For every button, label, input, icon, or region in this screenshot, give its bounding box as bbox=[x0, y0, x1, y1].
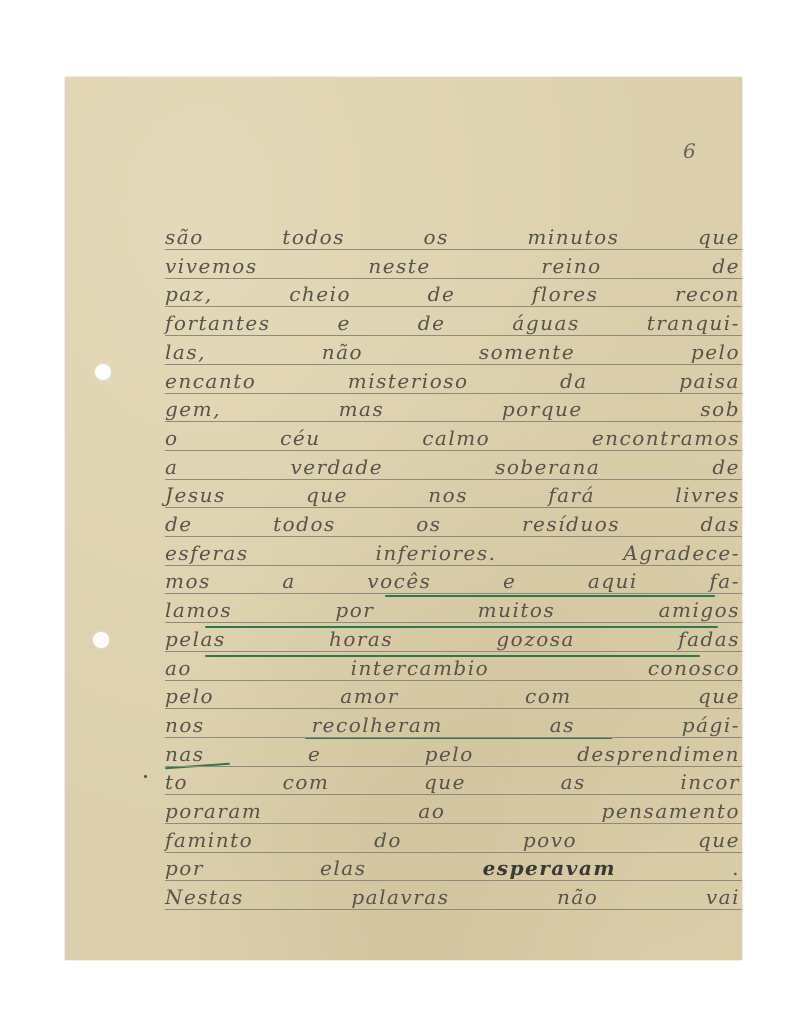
handwritten-word: neste bbox=[368, 254, 430, 279]
handwritten-word: por bbox=[165, 856, 204, 881]
handwritten-word: que bbox=[306, 483, 348, 508]
handwritten-word: todos bbox=[273, 512, 336, 537]
handwritten-word: pelo bbox=[425, 742, 474, 767]
handwritten-word: vivemos bbox=[165, 254, 258, 279]
ruled-line bbox=[165, 737, 742, 738]
green-underline-annotation bbox=[205, 626, 718, 628]
handwritten-word: por bbox=[335, 598, 374, 623]
handwritten-word: gozosa bbox=[496, 627, 575, 652]
ruled-line bbox=[165, 536, 742, 537]
handwritten-line: Nestaspalavrasnãovai bbox=[165, 882, 740, 910]
handwritten-word: gem, bbox=[165, 397, 221, 422]
handwritten-word: nos bbox=[428, 483, 468, 508]
handwritten-line: gem,masporquesob bbox=[165, 394, 740, 422]
handwritten-word: horas bbox=[329, 627, 393, 652]
handwritten-word: pelas bbox=[165, 627, 226, 652]
handwritten-word: encontramos bbox=[592, 426, 740, 451]
handwritten-word: poraram bbox=[165, 799, 262, 824]
handwritten-word: das bbox=[701, 512, 741, 537]
handwritten-word: mos bbox=[165, 569, 211, 594]
handwritten-word: que bbox=[698, 684, 740, 709]
ruled-line bbox=[165, 794, 742, 795]
handwritten-word: o bbox=[165, 426, 179, 451]
handwritten-word: conosco bbox=[648, 656, 740, 681]
handwritten-word: amigos bbox=[659, 598, 740, 623]
handwritten-word: com bbox=[283, 770, 330, 795]
ruled-line bbox=[165, 335, 742, 336]
handwritten-word: Agradece- bbox=[623, 541, 740, 566]
handwritten-word: pelo bbox=[165, 684, 214, 709]
handwritten-word: não bbox=[557, 885, 598, 910]
handwritten-word: inferiores. bbox=[375, 541, 496, 566]
handwritten-line: averdadesoberanade bbox=[165, 452, 740, 480]
handwritten-word: ao bbox=[165, 656, 192, 681]
handwritten-line: sãotodososminutosque bbox=[165, 222, 740, 250]
handwritten-word: flores bbox=[532, 282, 599, 307]
handwritten-line: fortantesedeáguastranqui- bbox=[165, 308, 740, 336]
handwritten-line: aointercambioconosco bbox=[165, 653, 740, 681]
handwritten-line: poraramaopensamento bbox=[165, 796, 740, 824]
handwritten-word: nas bbox=[165, 742, 205, 767]
handwritten-word: palavras bbox=[351, 885, 449, 910]
handwritten-word: de bbox=[712, 254, 740, 279]
ruled-line bbox=[165, 880, 742, 881]
handwritten-word: paz, bbox=[165, 282, 213, 307]
handwritten-word: pelo bbox=[691, 340, 740, 365]
handwritten-word: faminto bbox=[165, 828, 253, 853]
handwritten-word: de bbox=[428, 282, 456, 307]
handwritten-word: águas bbox=[512, 311, 579, 336]
handwritten-word: pensamento bbox=[602, 799, 740, 824]
handwritten-word: elas bbox=[320, 856, 366, 881]
handwritten-word: esperavam bbox=[483, 856, 616, 881]
handwritten-word: calmo bbox=[422, 426, 490, 451]
handwritten-word: vai bbox=[706, 885, 740, 910]
handwritten-line: famintodopovoque bbox=[165, 825, 740, 853]
handwritten-word: incor bbox=[680, 770, 740, 795]
handwritten-word: não bbox=[322, 340, 363, 365]
handwritten-word: são bbox=[165, 225, 204, 250]
green-underline-annotation bbox=[385, 595, 715, 597]
handwritten-word: desprendimen bbox=[577, 742, 740, 767]
green-underline-annotation bbox=[205, 655, 700, 657]
handwritten-word: Nestas bbox=[165, 885, 244, 910]
manuscript-page: 6 sãotodososminutosquevivemosnestereinod… bbox=[65, 77, 742, 960]
handwritten-word: livres bbox=[675, 483, 740, 508]
handwritten-word: porque bbox=[502, 397, 583, 422]
handwritten-word: fa- bbox=[709, 569, 740, 594]
handwritten-line: esferasinferiores.Agradece- bbox=[165, 538, 740, 566]
handwritten-word: verdade bbox=[290, 455, 383, 480]
ruled-line bbox=[165, 823, 742, 824]
page-number: 6 bbox=[683, 139, 696, 163]
ruled-line bbox=[165, 622, 742, 623]
ruled-line bbox=[165, 680, 742, 681]
ruled-line bbox=[165, 909, 742, 910]
ruled-line bbox=[165, 766, 742, 767]
ruled-line bbox=[165, 364, 742, 365]
handwritten-word: paisa bbox=[679, 369, 740, 394]
ruled-line bbox=[165, 593, 742, 594]
handwritten-word: somente bbox=[479, 340, 575, 365]
handwritten-word: os bbox=[424, 225, 449, 250]
handwritten-word: que bbox=[698, 828, 740, 853]
handwritten-line: pelashorasgozosafadas bbox=[165, 624, 740, 652]
handwritten-line: las,nãosomentepelo bbox=[165, 337, 740, 365]
handwritten-word: ao bbox=[418, 799, 445, 824]
handwritten-word: povo bbox=[523, 828, 577, 853]
handwritten-word: a bbox=[282, 569, 295, 594]
handwritten-line: mosavocêseaquifa- bbox=[165, 566, 740, 594]
handwritten-word: nos bbox=[165, 713, 205, 738]
handwritten-word: . bbox=[732, 856, 740, 881]
handwritten-word: intercambio bbox=[351, 656, 490, 681]
binder-hole-top bbox=[95, 364, 111, 380]
handwritten-word: pági- bbox=[682, 713, 740, 738]
handwritten-word: todos bbox=[282, 225, 345, 250]
handwritten-word: reino bbox=[541, 254, 601, 279]
handwritten-word: cheio bbox=[289, 282, 351, 307]
handwritten-line: lamospormuitosamigos bbox=[165, 595, 740, 623]
handwritten-word: resíduos bbox=[522, 512, 620, 537]
handwritten-word: lamos bbox=[165, 598, 232, 623]
handwritten-word: encanto bbox=[165, 369, 256, 394]
handwritten-word: tranqui- bbox=[647, 311, 740, 336]
handwritten-line: porelasesperavam. bbox=[165, 853, 740, 881]
handwritten-line: océucalmoencontramos bbox=[165, 423, 740, 451]
ruled-line bbox=[165, 852, 742, 853]
handwritten-word: os bbox=[416, 512, 441, 537]
handwritten-word: céu bbox=[280, 426, 320, 451]
handwritten-line: vivemosnestereinode bbox=[165, 251, 740, 279]
handwritten-word: las, bbox=[165, 340, 206, 365]
paper-speck bbox=[144, 775, 147, 778]
handwritten-word: misterioso bbox=[348, 369, 469, 394]
handwritten-word: amor bbox=[340, 684, 399, 709]
handwritten-line: detodososresíduosdas bbox=[165, 509, 740, 537]
handwritten-line: encantomisteriosodapaisa bbox=[165, 366, 740, 394]
handwritten-word: muitos bbox=[478, 598, 556, 623]
handwritten-word: sob bbox=[700, 397, 740, 422]
ruled-line bbox=[165, 393, 742, 394]
handwritten-word: as bbox=[550, 713, 575, 738]
handwritten-word: soberana bbox=[495, 455, 600, 480]
handwritten-word: de bbox=[418, 311, 446, 336]
handwritten-line: paz,cheiodefloresrecon bbox=[165, 279, 740, 307]
ruled-line bbox=[165, 565, 742, 566]
ruled-line bbox=[165, 507, 742, 508]
handwritten-word: minutos bbox=[527, 225, 619, 250]
handwritten-word: fará bbox=[548, 483, 595, 508]
handwritten-word: de bbox=[712, 455, 740, 480]
ruled-line bbox=[165, 651, 742, 652]
handwritten-word: to bbox=[165, 770, 188, 795]
handwritten-line: nosrecolheramaspági- bbox=[165, 710, 740, 738]
handwritten-word: esferas bbox=[165, 541, 249, 566]
handwritten-line: nasepelodesprendimen bbox=[165, 739, 740, 767]
handwritten-word: mas bbox=[339, 397, 385, 422]
handwritten-word: que bbox=[424, 770, 466, 795]
handwritten-word: de bbox=[165, 512, 193, 537]
ruled-line bbox=[165, 450, 742, 451]
ruled-line bbox=[165, 278, 742, 279]
handwritten-word: recolheram bbox=[312, 713, 443, 738]
handwritten-line: peloamorcomque bbox=[165, 681, 740, 709]
handwritten-word: as bbox=[561, 770, 586, 795]
handwritten-word: fadas bbox=[678, 627, 740, 652]
ruled-line bbox=[165, 708, 742, 709]
handwritten-line: Jesusquenosfarálivres bbox=[165, 480, 740, 508]
ruled-line bbox=[165, 479, 742, 480]
handwritten-word: que bbox=[698, 225, 740, 250]
binder-hole-bottom bbox=[93, 632, 109, 648]
handwritten-word: a bbox=[165, 455, 178, 480]
handwritten-word: e bbox=[503, 569, 516, 594]
handwritten-word: vocês bbox=[367, 569, 431, 594]
handwritten-word: fortantes bbox=[165, 311, 270, 336]
handwritten-word: Jesus bbox=[165, 483, 226, 508]
handwritten-word: do bbox=[374, 828, 402, 853]
ruled-line bbox=[165, 306, 742, 307]
handwritten-word: aqui bbox=[588, 569, 638, 594]
handwritten-word: da bbox=[560, 369, 588, 394]
ruled-line bbox=[165, 421, 742, 422]
ruled-line bbox=[165, 249, 742, 250]
handwritten-word: e bbox=[308, 742, 321, 767]
handwritten-word: recon bbox=[675, 282, 740, 307]
handwritten-line: tocomqueasincor bbox=[165, 767, 740, 795]
handwritten-word: e bbox=[337, 311, 350, 336]
handwritten-word: com bbox=[525, 684, 572, 709]
